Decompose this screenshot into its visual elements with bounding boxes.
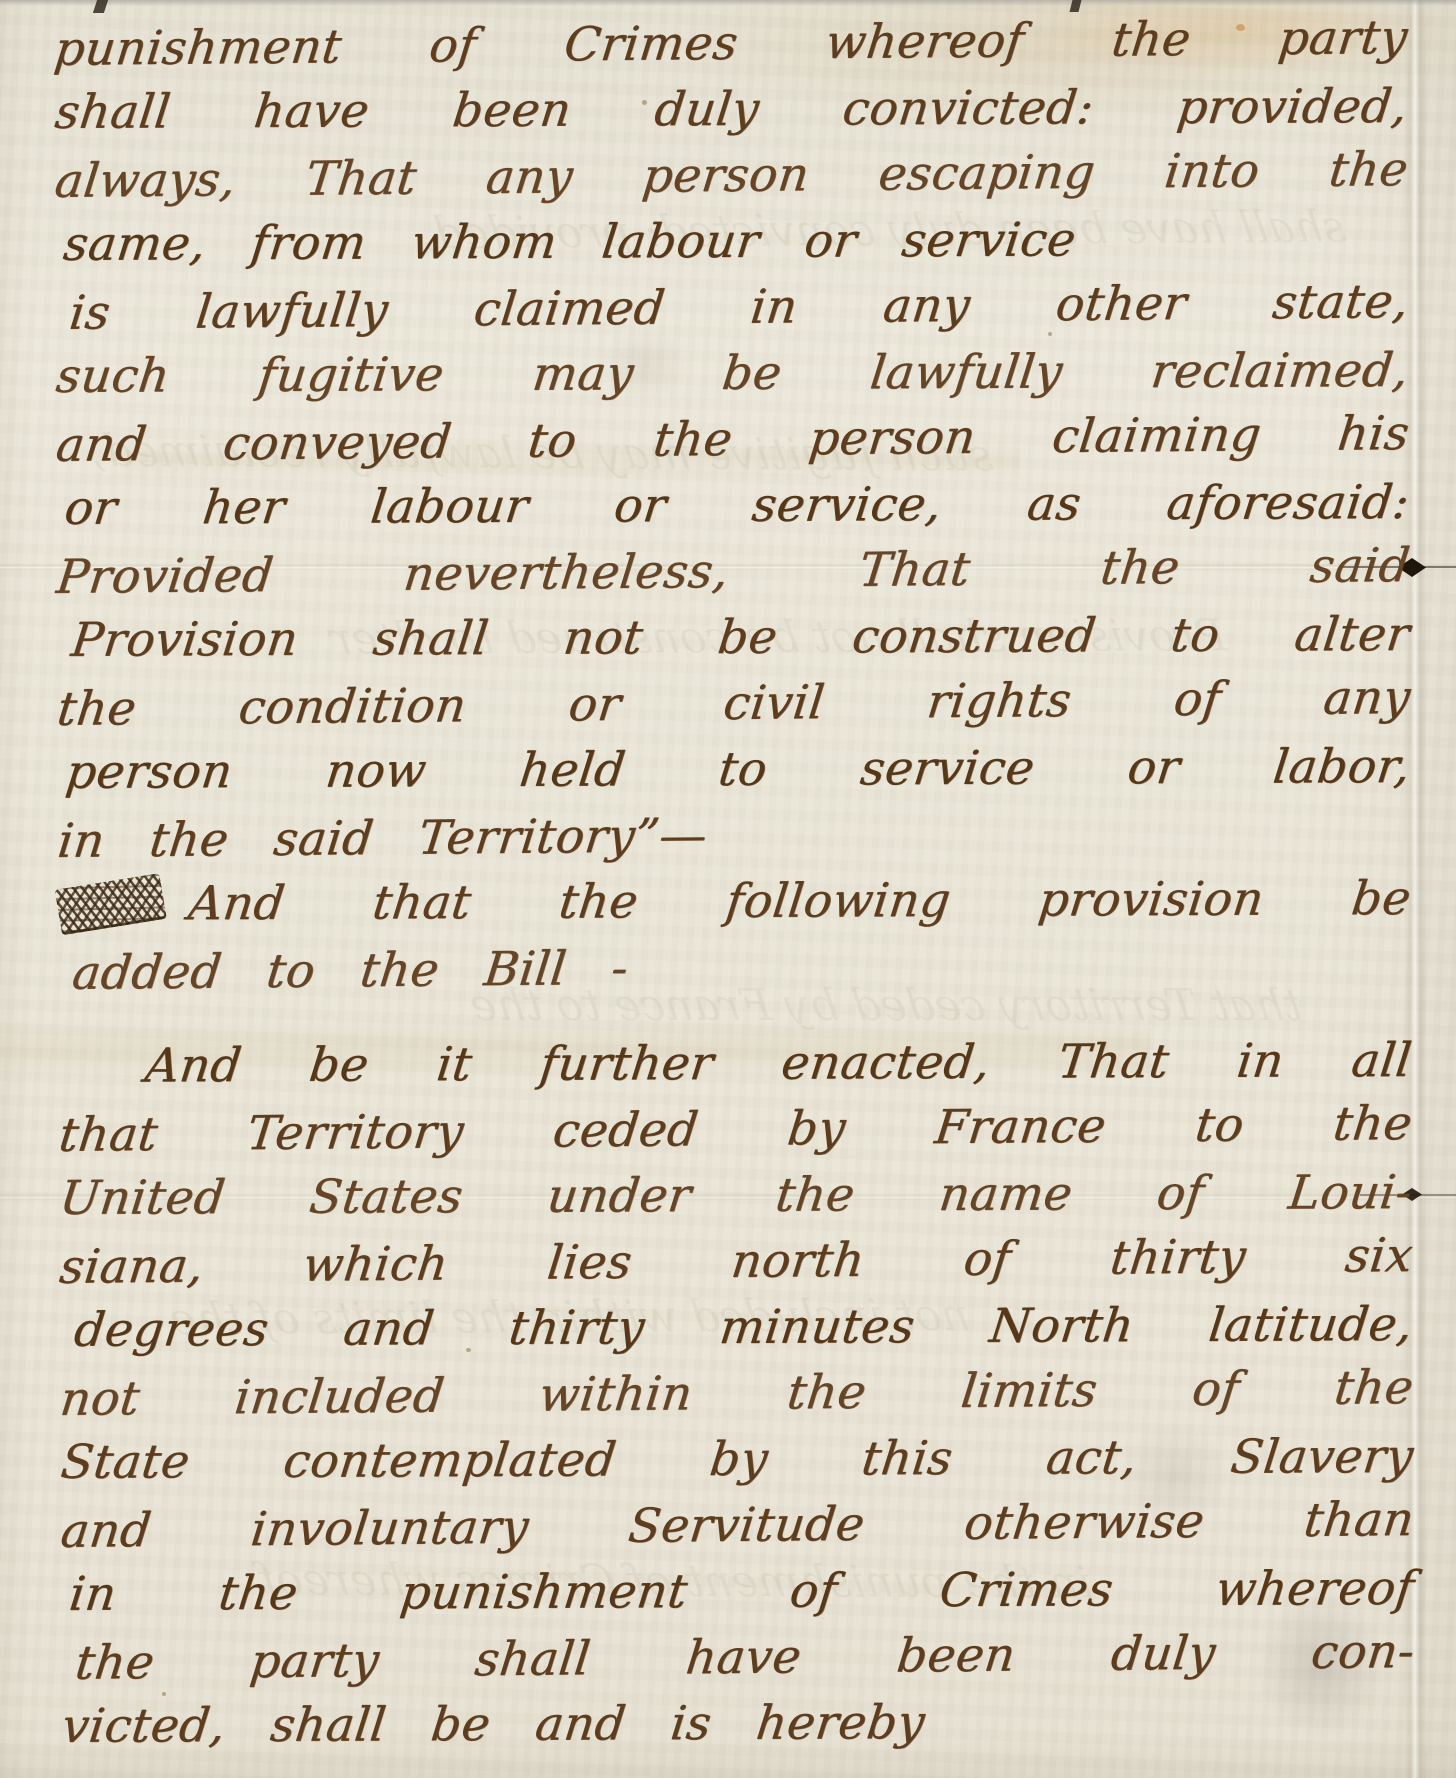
manuscript-line-10: Provision shall not be construed to alte… bbox=[67, 607, 1413, 679]
manuscript-line-text: person now held to service or labor, bbox=[63, 739, 1414, 800]
manuscript-line-text: not included within the limits of the bbox=[57, 1360, 1416, 1427]
manuscript-line-text: in the said Territory”— bbox=[55, 808, 710, 869]
manuscript-line-text: Provision shall not be construed to alte… bbox=[68, 607, 1413, 668]
manuscript-line-text: And be it further enacted, That in all bbox=[142, 1033, 1415, 1094]
manuscript-line-text: always, That any person escaping into th… bbox=[52, 142, 1411, 209]
manuscript-line-19: siana, which lies north of thirty six bbox=[56, 1228, 1416, 1306]
manuscript-line-text: United States under the name of Loui- bbox=[57, 1165, 1416, 1226]
manuscript-line-11: the condition or civil rights of any bbox=[53, 670, 1413, 748]
manuscript-line-text: such fugitive may be lawfully reclaimed, bbox=[53, 343, 1412, 404]
manuscript-line-3: always, That any person escaping into th… bbox=[51, 142, 1411, 220]
manuscript-line-13: in the said Territory”— bbox=[54, 802, 1414, 880]
manuscript-line-2: shall have been duly convicted: provided… bbox=[51, 79, 1411, 151]
top-edge-ink-mark bbox=[1070, 0, 1082, 12]
manuscript-line-text: State contemplated by this act, Slavery bbox=[58, 1429, 1417, 1490]
manuscript-line-text: and involuntary Servitude otherwise than bbox=[58, 1492, 1417, 1559]
manuscript-line-1: punishment of Crimes whereof the party bbox=[50, 10, 1410, 88]
manuscript-line-12: person now held to service or labor, bbox=[62, 739, 1414, 811]
manuscript-line-24: in the punishment of Crimes whereof bbox=[65, 1561, 1417, 1633]
manuscript-line-22: State contemplated by this act, Slavery bbox=[57, 1429, 1417, 1501]
manuscript-line-6: such fugitive may be lawfully reclaimed, bbox=[52, 343, 1412, 415]
manuscript-line-text: degrees and thirty minutes North latitud… bbox=[71, 1297, 1416, 1358]
manuscript-line-17: that Territory ceded by France to the bbox=[55, 1096, 1415, 1174]
handwritten-text-block: punishment of Crimes whereof the partysh… bbox=[54, 13, 1414, 1765]
manuscript-line-7: and conveyed to the person claiming his bbox=[52, 406, 1412, 484]
manuscript-line-text: shall have been duly convicted: provided… bbox=[52, 79, 1411, 140]
scribbled-out-word bbox=[55, 873, 167, 935]
manuscript-line-text: or her labour or service, as aforesaid: bbox=[62, 475, 1413, 536]
manuscript-line-23: and involuntary Servitude otherwise than bbox=[57, 1492, 1417, 1570]
manuscript-line-text: Provided nevertheless, That the said bbox=[54, 538, 1413, 605]
manuscript-line-text: that Territory ceded by France to the bbox=[56, 1096, 1415, 1163]
manuscript-line-text: is lawfully claimed in any other state, bbox=[67, 274, 1412, 341]
manuscript-line-21: not included within the limits of the bbox=[56, 1360, 1416, 1438]
manuscript-line-text: and conveyed to the person claiming his bbox=[53, 406, 1412, 473]
manuscript-line-9: Provided nevertheless, That the said bbox=[53, 538, 1413, 616]
manuscript-line-16: And be it further enacted, That in all bbox=[63, 1033, 1415, 1105]
manuscript-line-20: degrees and thirty minutes North latitud… bbox=[70, 1297, 1416, 1369]
manuscript-line-text: same, from whom labour or service bbox=[61, 212, 1079, 271]
manuscript-line-text: the party shall have been duly con- bbox=[73, 1624, 1418, 1691]
manuscript-line-text: added to the Bill - bbox=[70, 941, 632, 1001]
manuscript-line-25: the party shall have been duly con- bbox=[71, 1624, 1417, 1702]
manuscript-line-18: United States under the name of Loui- bbox=[55, 1165, 1415, 1237]
manuscript-line-text: siana, which lies north of thirty six bbox=[57, 1228, 1416, 1295]
manuscript-line-14: And that the following provision be bbox=[54, 871, 1414, 943]
manuscript-line-5: is lawfully claimed in any other state, bbox=[65, 274, 1411, 352]
page-top-edge bbox=[0, 0, 1456, 6]
manuscript-line-text: the condition or civil rights of any bbox=[54, 670, 1413, 737]
manuscript-line-15: added to the Bill - bbox=[68, 934, 1414, 1012]
manuscript-line-26: victed, shall be and is hereby bbox=[58, 1693, 1418, 1765]
manuscript-line-text: And that the following provision be bbox=[185, 871, 1414, 931]
manuscript-page: shall have been duly convicted: provided… bbox=[0, 0, 1456, 1778]
manuscript-line-text: victed, shall be and is hereby bbox=[59, 1695, 928, 1754]
manuscript-line-4: same, from whom labour or service bbox=[59, 211, 1411, 283]
manuscript-line-text: punishment of Crimes whereof the party bbox=[51, 10, 1410, 77]
manuscript-line-8: or her labour or service, as aforesaid: bbox=[60, 475, 1412, 547]
manuscript-line-text: in the punishment of Crimes whereof bbox=[66, 1561, 1417, 1622]
